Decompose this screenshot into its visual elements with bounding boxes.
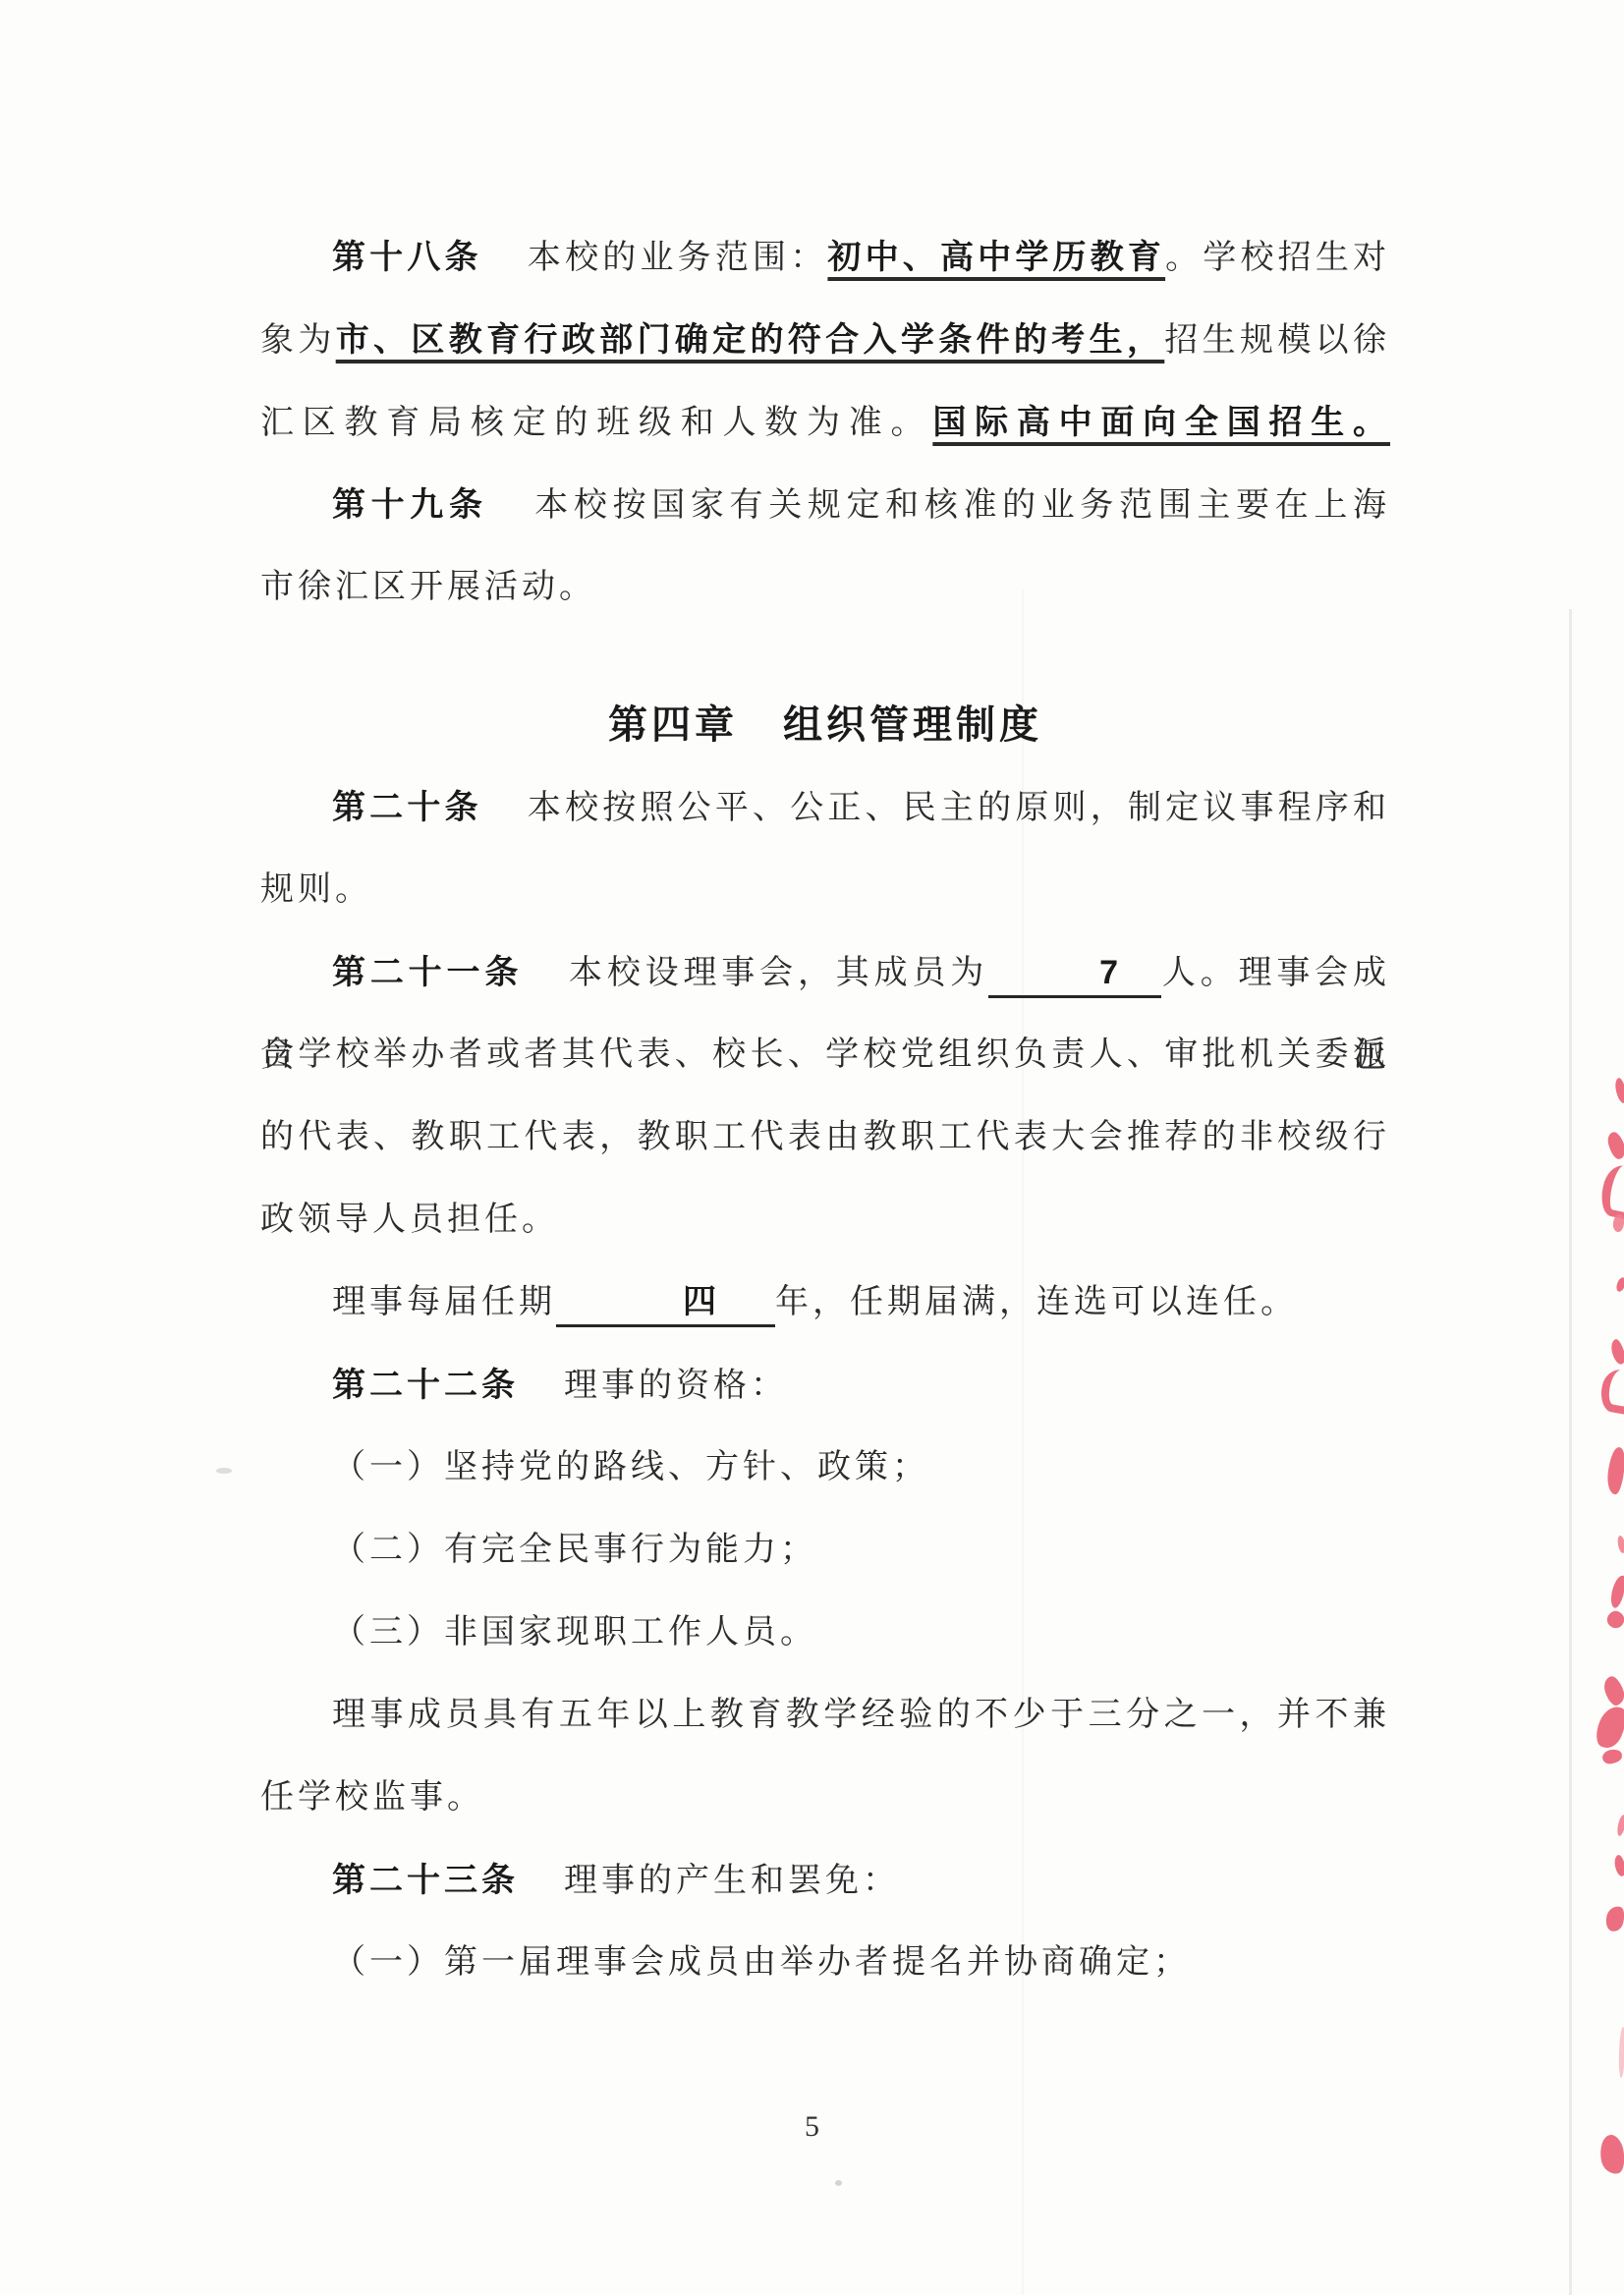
stamp-fragment xyxy=(1604,1608,1624,1631)
stamp-fragment xyxy=(1618,2027,1624,2078)
document-line: 第二十二条理事的资格： xyxy=(260,1344,1390,1427)
text-segment: 本校按国家有关规定和核准的业务范围主要在上海 xyxy=(533,487,1390,524)
text-segment: 理事的资格： xyxy=(564,1368,788,1404)
stamp-fragment xyxy=(1603,1904,1624,1933)
document-line: 任学校监事。 xyxy=(260,1757,1390,1839)
stamp-fragment xyxy=(1597,1368,1624,1416)
stamp-fragment xyxy=(1613,1854,1624,1877)
document-content: 第十八条本校的业务范围：初中、高中学历教育。学校招生对象为市、区教育行政部门确定… xyxy=(260,216,1390,2004)
text-segment: 理事成员具有五年以上教育教学经验的不少于三分之一，并不兼 xyxy=(332,1697,1390,1733)
stamp-fragment xyxy=(1616,1815,1624,1837)
text-segment: 第十九条 xyxy=(332,486,488,524)
text-segment: （二）有完全民事行为能力； xyxy=(332,1532,817,1568)
text-segment: 理事的产生和罢免： xyxy=(564,1863,900,1899)
document-line: 含学校举办者或者其代表、校长、学校党组织负责人、审批机关委派 xyxy=(260,1014,1390,1096)
stamp-fragment xyxy=(1606,1446,1624,1494)
scan-speck xyxy=(835,2180,842,2186)
text-segment: 理事每届任期 xyxy=(332,1284,556,1320)
text-segment: 本校设理事会，其成员为 xyxy=(568,955,988,991)
document-line: 的代表、教职工代表，教职工代表由教职工代表大会推荐的非校级行 xyxy=(260,1096,1390,1179)
stamp-fragment xyxy=(1615,1276,1624,1293)
text-segment: 市徐汇区开展活动。 xyxy=(260,569,596,605)
text-segment: 第二十条 xyxy=(332,789,482,826)
text-segment: 本校按照公平、公正、民主的原则，制定议事程序和 xyxy=(528,790,1390,826)
stamp-fragment xyxy=(1592,1703,1624,1753)
text-segment: 第二十二条 xyxy=(332,1367,519,1404)
document-line: 第十九条本校按国家有关规定和核准的业务范围主要在上海 xyxy=(260,464,1390,546)
stamp-fragment xyxy=(1605,1130,1624,1160)
stamp-fragment xyxy=(1609,1338,1624,1366)
document-line: 理事成员具有五年以上教育教学经验的不少于三分之一，并不兼 xyxy=(260,1674,1390,1757)
text-segment: 政领导人员担任。 xyxy=(260,1202,559,1238)
text-segment: 组织管理制度 xyxy=(783,703,1042,747)
document-line: 第十八条本校的业务范围：初中、高中学历教育。学校招生对 xyxy=(260,216,1390,299)
text-segment: 招生规模以徐 xyxy=(1164,322,1390,359)
document-page: 第十八条本校的业务范围：初中、高中学历教育。学校招生对象为市、区教育行政部门确定… xyxy=(0,0,1624,2295)
document-line: （一）坚持党的路线、方针、政策； xyxy=(260,1427,1390,1509)
document-line: （二）有完全民事行为能力； xyxy=(260,1509,1390,1592)
document-line: 第二十一条本校设理事会，其成员为7人。理事会成员包 xyxy=(260,931,1390,1014)
document-line: 理事每届任期四年，任期届满，连选可以连任。 xyxy=(260,1261,1390,1344)
text-segment: 第十八条 xyxy=(332,239,482,276)
scan-streak xyxy=(1569,609,1572,2295)
document-line: 第二十条本校按照公平、公正、民主的原则，制定议事程序和 xyxy=(260,766,1390,849)
text-segment: （三）非国家现职工作人员。 xyxy=(332,1614,817,1651)
text-segment: （一）坚持党的路线、方针、政策； xyxy=(332,1449,929,1485)
stamp-fragment xyxy=(1608,1574,1624,1609)
document-line: 汇区教育局核定的班级和人数为准。国际高中面向全国招生。 xyxy=(260,381,1390,464)
page-number: 5 xyxy=(0,2110,1624,2144)
text-segment: 象为 xyxy=(260,322,336,359)
text-segment: 第二十三条 xyxy=(332,1862,519,1899)
text-segment: 的代表、教职工代表，教职工代表由教职工代表大会推荐的非校级行 xyxy=(260,1119,1390,1155)
text-segment: 年，任期届满，连选可以连任。 xyxy=(775,1284,1298,1320)
document-line: 政领导人员担任。 xyxy=(260,1179,1390,1261)
fill-in-blank: 7 xyxy=(988,952,1161,998)
text-segment: 。学校招生对 xyxy=(1165,240,1390,276)
document-line: 规则。 xyxy=(260,849,1390,931)
text-segment: 本校的业务范围： xyxy=(528,240,828,276)
document-line: 市徐汇区开展活动。 xyxy=(260,546,1390,629)
text-segment: （一）第一届理事会成员由举办者提名并协商确定； xyxy=(332,1944,1191,1981)
scan-speck xyxy=(216,1468,232,1474)
text-segment: 初中、高中学历教育 xyxy=(827,239,1165,276)
text-segment: 含学校举办者或者其代表、校长、学校党组织负责人、审批机关委派 xyxy=(260,1036,1390,1073)
stamp-fragment xyxy=(1597,1162,1624,1219)
stamp-fragment xyxy=(1616,1536,1624,1554)
document-line: （三）非国家现职工作人员。 xyxy=(260,1592,1390,1674)
fill-in-blank: 四 xyxy=(556,1281,775,1327)
stamp-fragment xyxy=(1601,1749,1623,1765)
document-line: 第二十三条理事的产生和罢免： xyxy=(260,1839,1390,1922)
text-segment: 国际高中面向全国招生。 xyxy=(932,404,1390,441)
document-line: （一）第一届理事会成员由举办者提名并协商确定； xyxy=(260,1922,1390,2004)
text-segment: 第二十一条 xyxy=(332,954,523,991)
chapter-heading: 第四章组织管理制度 xyxy=(260,684,1390,766)
text-segment: 市、区教育行政部门确定的符合入学条件的考生， xyxy=(336,321,1165,359)
stamp-fragment xyxy=(1613,1077,1624,1104)
text-segment: 第四章 xyxy=(608,703,738,747)
stamp-fragment xyxy=(1601,1674,1624,1707)
text-segment: 规则。 xyxy=(260,871,372,908)
text-segment: 汇区教育局核定的班级和人数为准。 xyxy=(260,405,932,441)
document-line: 象为市、区教育行政部门确定的符合入学条件的考生，招生规模以徐 xyxy=(260,299,1390,381)
text-segment: 任学校监事。 xyxy=(260,1779,484,1816)
